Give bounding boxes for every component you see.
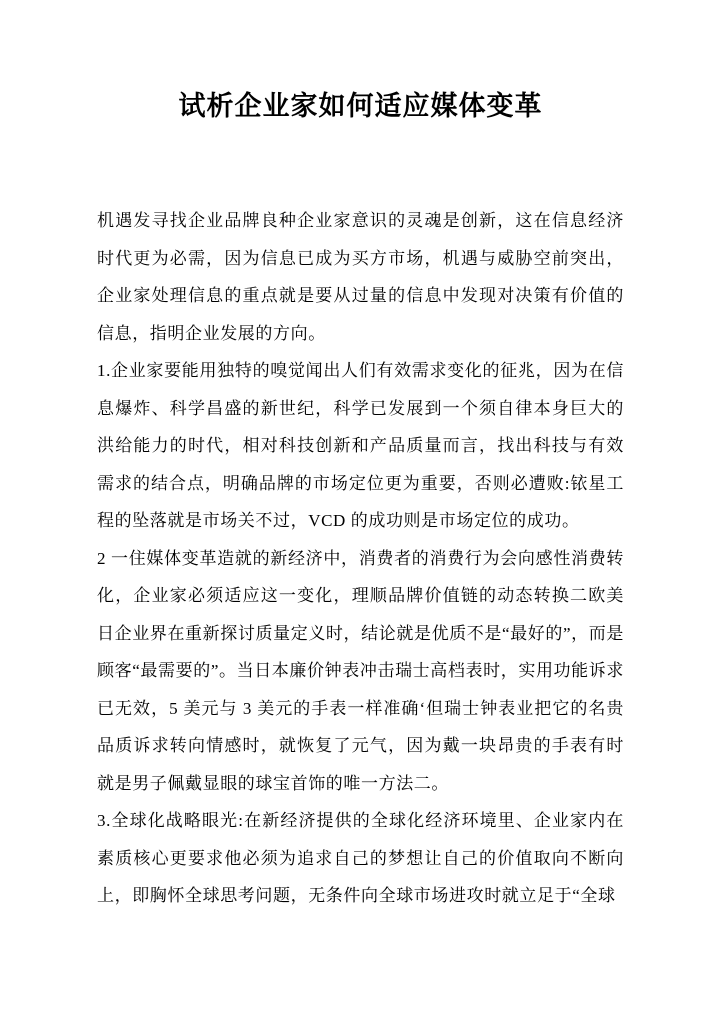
- document-body: 机遇发寻找企业品牌良种企业家意识的灵魂是创新，这在信息经济时代更为必需，因为信息…: [97, 202, 624, 915]
- page-title: 试析企业家如何适应媒体变革: [97, 0, 624, 126]
- paragraph: 3.全球化战略眼光:在新经济提供的全球化经济环境里、企业家内在素质核心更要求他必…: [97, 802, 624, 915]
- document-page: 试析企业家如何适应媒体变革 机遇发寻找企业品牌良种企业家意识的灵魂是创新，这在信…: [0, 0, 721, 1020]
- paragraph: 1.企业家要能用独特的嗅觉闻出人们有效需求变化的征兆，因为在信息爆炸、科学昌盛的…: [97, 352, 624, 540]
- paragraph: 机遇发寻找企业品牌良种企业家意识的灵魂是创新，这在信息经济时代更为必需，因为信息…: [97, 202, 624, 352]
- paragraph: 2 一住媒体变革造就的新经济中，消费者的消费行为会向感性消费转化，企业家必须适应…: [97, 540, 624, 803]
